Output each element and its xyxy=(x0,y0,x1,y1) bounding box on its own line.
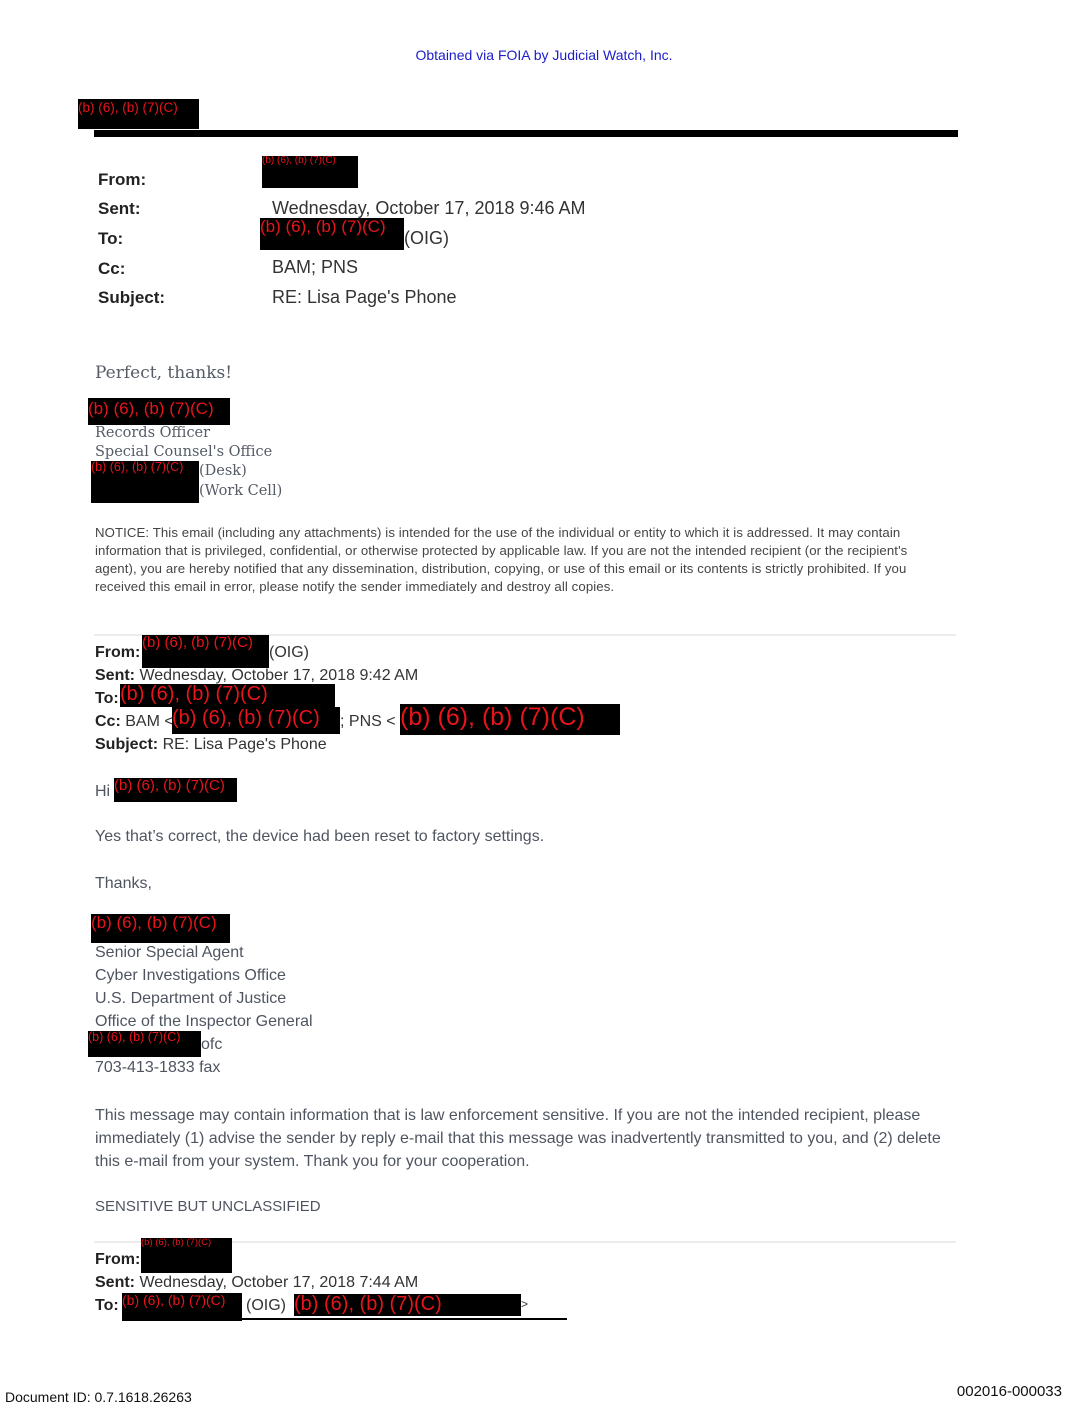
redaction-box: (b) (6), (b) (7)(C) xyxy=(262,156,358,188)
redaction-box: (b) (6), (b) (7)(C) xyxy=(88,398,230,425)
signature-department: U.S. Department of Justice xyxy=(95,990,286,1008)
redaction-box: (b) (6), (b) (7)(C) xyxy=(114,778,237,802)
sent-label: Sent: xyxy=(95,667,135,684)
confidentiality-notice: NOTICE: This email (including any attach… xyxy=(95,524,945,596)
subject-label: Subject: xyxy=(95,736,158,753)
from-line: From: xyxy=(95,1251,140,1269)
subject-label: Subject: xyxy=(98,288,165,308)
cc-bam: BAM < xyxy=(125,713,173,730)
cc-label: Cc: xyxy=(95,713,121,730)
redaction-box: (b) (6), (b) (7)(C) xyxy=(260,218,404,250)
from-label: From: xyxy=(98,170,146,190)
header-divider xyxy=(94,130,958,137)
signature-division: Office of the Inspector General xyxy=(95,1013,313,1031)
to-label: To: xyxy=(95,690,119,707)
law-enforcement-notice: This message may contain information tha… xyxy=(95,1104,945,1173)
to-end: > xyxy=(521,1297,528,1311)
signature-title: Records Officer xyxy=(95,425,210,441)
from-line: From: xyxy=(95,644,140,662)
email-body: Yes that’s correct, the device had been … xyxy=(95,828,544,846)
cc-line: Cc: BAM < xyxy=(95,713,174,731)
redaction-box: (b) (6), (b) (7)(C) xyxy=(172,707,340,734)
to-line: To: xyxy=(95,690,119,708)
email-body: Perfect, thanks! xyxy=(95,363,232,383)
redaction-box: (b) (6), (b) (7)(C) xyxy=(91,914,230,943)
sent-label: Sent: xyxy=(98,199,141,219)
to-label: To: xyxy=(98,229,123,249)
from-suffix: (OIG) xyxy=(269,644,309,662)
redaction-box: (b) (6), (b) (7)(C) xyxy=(294,1294,521,1316)
classification-marking: SENSITIVE BUT UNCLASSIFIED xyxy=(95,1198,321,1215)
signature-cell: (Work Cell) xyxy=(199,483,282,499)
signature-title: Senior Special Agent xyxy=(95,944,244,962)
closing: Thanks, xyxy=(95,875,152,893)
signature-desk: (Desk) xyxy=(199,463,247,479)
cc-value: BAM; PNS xyxy=(272,257,358,278)
to-suffix: (OIG) xyxy=(404,228,449,249)
redaction-box: (b) (6), (b) (7)(C) xyxy=(141,1238,232,1273)
to-middle: (OIG) xyxy=(246,1297,286,1315)
redaction-box: (b) (6), (b) (7)(C) xyxy=(78,99,199,129)
from-label: From: xyxy=(95,1251,140,1268)
bates-number: 002016-000033 xyxy=(957,1383,1062,1400)
sent-value: Wednesday, October 17, 2018 7:44 AM xyxy=(139,1274,418,1291)
foia-watermark: Obtained via FOIA by Judicial Watch, Inc… xyxy=(0,47,1088,63)
signature-fax: 703-413-1833 fax xyxy=(95,1059,220,1077)
sent-label: Sent: xyxy=(95,1274,135,1291)
document-id: Document ID: 0.7.1618.26263 xyxy=(5,1389,192,1405)
signature-ofc: ofc xyxy=(201,1036,222,1054)
cc-label: Cc: xyxy=(98,259,125,279)
redaction-box: (b) (6), (b) (7)(C) xyxy=(91,461,199,503)
to-label: To: xyxy=(95,1297,119,1314)
redaction-box: (b) (6), (b) (7)(C) xyxy=(400,704,620,735)
subject-value: RE: Lisa Page's Phone xyxy=(163,736,327,753)
cc-pns: ; PNS < xyxy=(340,713,396,731)
redaction-box: (b) (6), (b) (7)(C) xyxy=(122,1293,242,1321)
redaction-box: (b) (6), (b) (7)(C) xyxy=(88,1031,201,1057)
greeting: Hi xyxy=(95,783,110,801)
redaction-box: (b) (6), (b) (7)(C) xyxy=(120,684,335,707)
sent-line: Sent: Wednesday, October 17, 2018 9:42 A… xyxy=(95,667,418,685)
sent-value: Wednesday, October 17, 2018 9:46 AM xyxy=(272,198,586,219)
subject-line: Subject: RE: Lisa Page's Phone xyxy=(95,736,327,754)
signature-office: Special Counsel's Office xyxy=(95,444,272,460)
redaction-box: (b) (6), (b) (7)(C) xyxy=(142,635,269,668)
subject-value: RE: Lisa Page's Phone xyxy=(272,287,457,308)
from-label: From: xyxy=(95,644,140,661)
signature-office: Cyber Investigations Office xyxy=(95,967,286,985)
link-underline xyxy=(242,1318,567,1320)
sent-line: Sent: Wednesday, October 17, 2018 7:44 A… xyxy=(95,1274,418,1292)
sent-value: Wednesday, October 17, 2018 9:42 AM xyxy=(139,667,418,684)
to-line: To: xyxy=(95,1297,119,1315)
